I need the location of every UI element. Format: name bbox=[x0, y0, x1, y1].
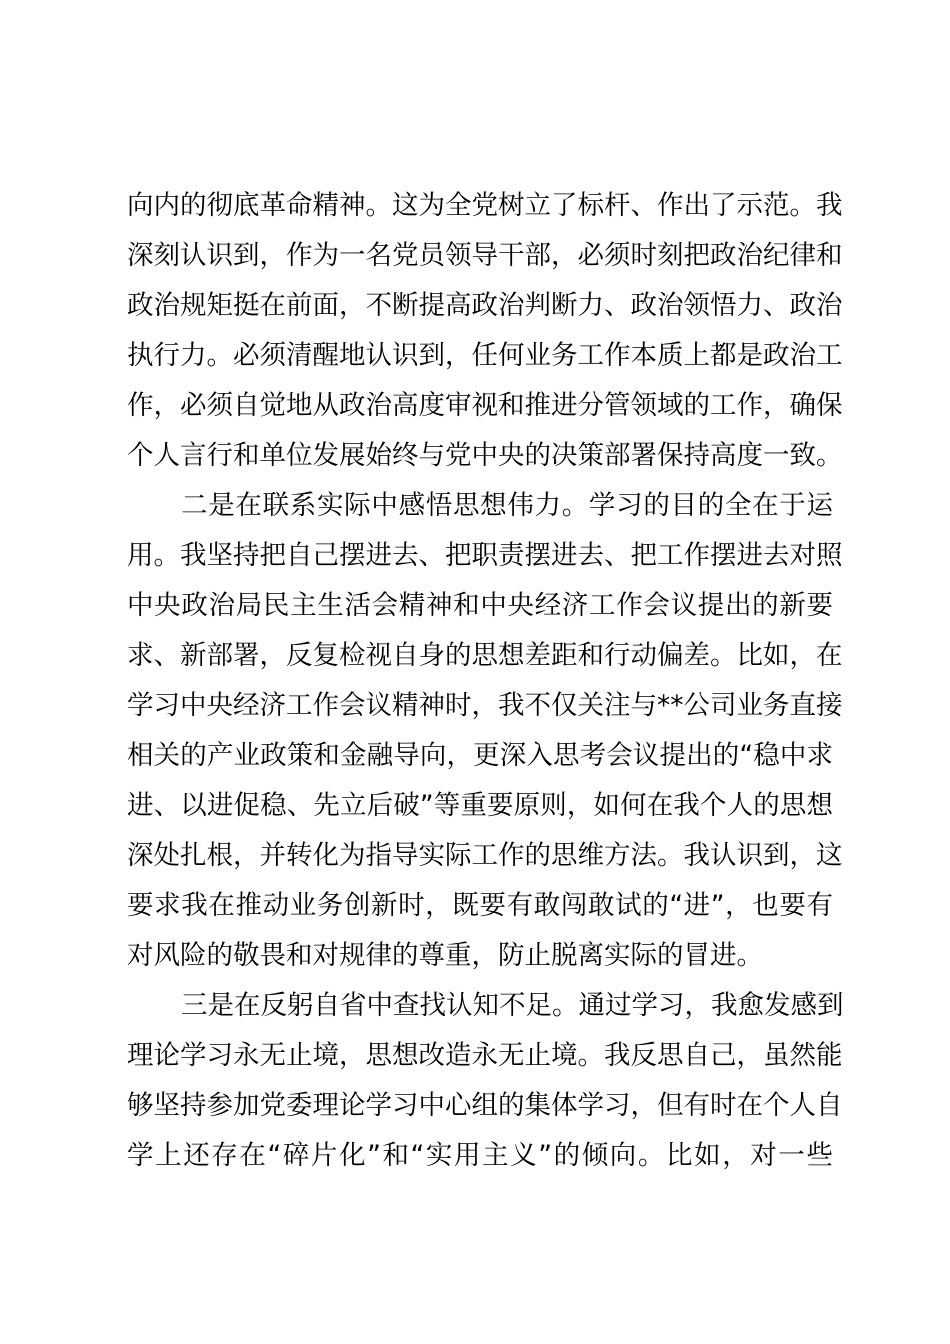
text-line: 学习中央经济工作会议精神时，我不仅关注与**公司业务直接 bbox=[127, 681, 833, 731]
text-line: 求、新部署，反复检视自身的思想差距和行动偏差。比如，在 bbox=[127, 631, 833, 681]
paragraph-party-discipline: 向内的彻底革命精神。这为全党树立了标杆、作出了示范。我 深刻认识到，作为一名党员… bbox=[127, 181, 833, 481]
text-line: 进、以进促稳、先立后破”等重要原则，如何在我个人的思想 bbox=[127, 781, 833, 831]
document-page: 向内的彻底革命精神。这为全党树立了标杆、作出了示范。我 深刻认识到，作为一名党员… bbox=[0, 0, 950, 1344]
paragraph-point-two: 二是在联系实际中感悟思想伟力。学习的目的全在于运 用。我坚持把自己摆进去、把职责… bbox=[127, 481, 833, 981]
text-line: 政治规矩挺在前面，不断提高政治判断力、政治领悟力、政治 bbox=[127, 281, 833, 331]
text-line: 向内的彻底革命精神。这为全党树立了标杆、作出了示范。我 bbox=[127, 181, 833, 231]
text-line: 理论学习永无止境，思想改造永无止境。我反思自己，虽然能 bbox=[127, 1031, 833, 1081]
text-line: 用。我坚持把自己摆进去、把职责摆进去、把工作摆进去对照 bbox=[127, 531, 833, 581]
text-line: 学上还存在“碎片化”和“实用主义”的倾向。比如，对一些 bbox=[127, 1131, 833, 1181]
text-line: 要求我在推动业务创新时，既要有敢闯敢试的“进”，也要有 bbox=[127, 881, 833, 931]
text-line: 个人言行和单位发展始终与党中央的决策部署保持高度一致。 bbox=[127, 431, 833, 481]
document-body: 向内的彻底革命精神。这为全党树立了标杆、作出了示范。我 深刻认识到，作为一名党员… bbox=[127, 181, 833, 1181]
text-line: 对风险的敬畏和对规律的尊重，防止脱离实际的冒进。 bbox=[127, 931, 833, 981]
text-line: 作，必须自觉地从政治高度审视和推进分管领域的工作，确保 bbox=[127, 381, 833, 431]
text-line: 够坚持参加党委理论学习中心组的集体学习，但有时在个人自 bbox=[127, 1081, 833, 1131]
text-line: 中央政治局民主生活会精神和中央经济工作会议提出的新要 bbox=[127, 581, 833, 631]
text-line: 深处扎根，并转化为指导实际工作的思维方法。我认识到，这 bbox=[127, 831, 833, 881]
text-line: 相关的产业政策和金融导向，更深入思考会议提出的“稳中求 bbox=[127, 731, 833, 781]
text-line: 三是在反躬自省中查找认知不足。通过学习，我愈发感到 bbox=[127, 981, 833, 1031]
text-line: 二是在联系实际中感悟思想伟力。学习的目的全在于运 bbox=[127, 481, 833, 531]
text-line: 深刻认识到，作为一名党员领导干部，必须时刻把政治纪律和 bbox=[127, 231, 833, 281]
text-line: 执行力。必须清醒地认识到，任何业务工作本质上都是政治工 bbox=[127, 331, 833, 381]
paragraph-point-three: 三是在反躬自省中查找认知不足。通过学习，我愈发感到 理论学习永无止境，思想改造永… bbox=[127, 981, 833, 1181]
